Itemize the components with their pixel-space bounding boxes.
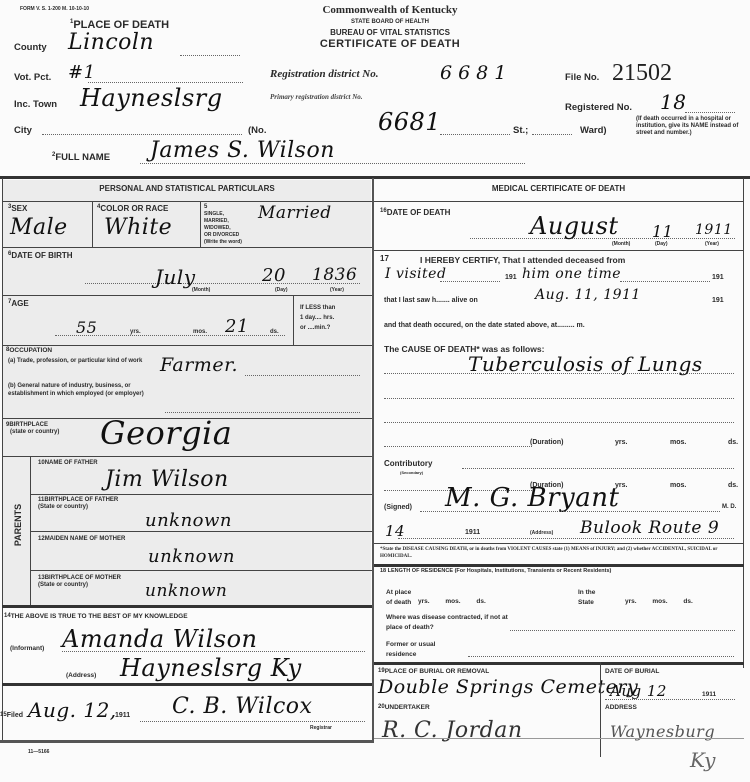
informant-dots — [62, 651, 365, 652]
sign-date-dots — [398, 538, 734, 539]
undertaker-label: 20UNDERTAKER — [378, 704, 430, 711]
file-no-value: 21502 — [612, 60, 672, 87]
st-dots — [532, 134, 572, 135]
parents-divider-1 — [30, 494, 372, 495]
dod-row-divider — [374, 250, 744, 251]
informant-statement: 14THE ABOVE IS TRUE TO THE BEST OF MY KN… — [4, 613, 188, 620]
age-divider — [293, 295, 294, 345]
primary-district-label: Primary registration district No. — [270, 93, 363, 101]
registration-district-label: Registration district No. — [270, 68, 379, 80]
right-border — [743, 178, 744, 668]
street-no-label: (No. — [248, 125, 266, 136]
undertaker-address-state: Ky — [690, 748, 716, 772]
dob-year-caption: (Year) — [330, 287, 344, 293]
sex-label: 3SEX — [8, 204, 27, 213]
dob-month-caption: (Month) — [192, 287, 210, 293]
burial-col-divider — [600, 662, 601, 757]
parents-label: PARENTS — [13, 495, 23, 555]
duration-mos-1: mos. — [670, 439, 686, 446]
sign-year: 1911 — [465, 529, 480, 536]
physician-address-label: (Address) — [530, 530, 553, 536]
father-name-value: Jim Wilson — [105, 467, 229, 492]
dob-day-caption: (Day) — [275, 287, 288, 293]
duration-ds-2: ds. — [728, 482, 738, 489]
cause-dots-3 — [384, 422, 734, 423]
full-name-label: 2FULL NAME — [52, 152, 110, 163]
informant-label: (Informant) — [10, 645, 44, 652]
dod-year: 1911 — [695, 222, 733, 238]
mother-name-label: 12MAIDEN NAME OF MOTHER — [38, 536, 133, 543]
duration-dots-1 — [384, 446, 532, 447]
duration-mos-2: mos. — [670, 482, 686, 489]
dob-label: 6DATE OF BIRTH — [8, 251, 73, 260]
former-residence-label: Former or usual residence — [386, 640, 456, 660]
inc-town-value: Hayneslsrg — [80, 84, 223, 112]
contributory-dots — [462, 468, 734, 469]
burial-date-label: DATE OF BURIAL — [605, 668, 659, 675]
death-certificate: FORM V. S. 1-200 M. 10-10-10 1PLACE OF D… — [0, 0, 750, 782]
sex-value: Male — [10, 215, 68, 240]
father-birthplace-label: 11BIRTHPLACE OF FATHER (State or country… — [38, 497, 133, 511]
marital-value: Married — [258, 203, 332, 223]
filed-divider — [2, 683, 372, 686]
vot-pct-value: #1 — [68, 62, 96, 83]
street-dots — [440, 134, 510, 135]
age-label: 7AGE — [8, 299, 29, 308]
registered-dots — [685, 112, 735, 113]
less-than-day: If LESS than 1 day.... hrs. or ....min.? — [300, 303, 335, 333]
father-name-label: 10NAME OF FATHER — [38, 460, 98, 467]
filed-year: 1911 — [115, 712, 130, 719]
attended-to-value: him one time — [522, 266, 621, 282]
dod-year-caption: (Year) — [705, 241, 719, 247]
burial-date-year: 1911 — [702, 691, 716, 698]
marital-label: 5 SINGLE, MARRIED, WIDOWED, OR DIVORCED … — [204, 204, 242, 246]
last-saw-value: Aug. 11, 1911 — [535, 287, 641, 303]
father-birthplace-value: unknown — [145, 510, 232, 531]
left-border — [2, 178, 3, 743]
color-label: 4COLOR OR RACE — [97, 204, 168, 213]
file-no-label: File No. — [565, 72, 599, 83]
physician-signature: M. G. Bryant — [445, 483, 619, 513]
column-divider — [372, 178, 374, 743]
in-state-units: yrs. mos. ds. — [625, 598, 693, 605]
dod-day: 11 — [652, 222, 673, 241]
county-dots — [180, 55, 240, 56]
dob-year: 1836 — [312, 265, 357, 285]
attended-from-dots — [440, 281, 500, 282]
street-no-value: 6681 — [378, 108, 441, 136]
bottom-divider — [0, 740, 372, 743]
color-divider — [200, 201, 201, 247]
signed-dots — [420, 511, 720, 512]
cause-dots-1 — [384, 373, 734, 374]
filed-date-value: Aug. 12, — [28, 698, 117, 722]
certificate-header: Commonwealth of Kentucky STATE BOARD OF … — [260, 4, 520, 50]
contracted-label: Where was disease contracted, if not at … — [386, 613, 516, 633]
burial-date-value: Aug 12 — [610, 682, 667, 700]
dod-month-caption: (Month) — [612, 241, 630, 247]
county-label: County — [14, 42, 47, 53]
vot-pct-dots — [88, 82, 243, 83]
county-value: Lincoln — [68, 30, 154, 55]
in-state-label: In the State — [578, 588, 608, 608]
row-divider-1 — [2, 247, 372, 248]
undertaker-line — [374, 738, 744, 739]
mother-name-value: unknown — [148, 546, 235, 567]
residence-heading: 18 LENGTH OF RESIDENCE (For Hospitals, I… — [380, 568, 740, 575]
cause-dots-2 — [384, 398, 734, 399]
residence-divider — [374, 564, 744, 567]
certificate-title: CERTIFICATE OF DEATH — [260, 38, 520, 50]
age-yrs-caption: yrs. — [130, 329, 141, 335]
full-name-value: James S. Wilson — [150, 138, 335, 163]
color-value: White — [104, 215, 172, 240]
dod-month: August — [530, 212, 619, 240]
occupation-b-dots — [165, 412, 360, 413]
personal-divider — [2, 201, 372, 202]
age-years: 55 — [76, 318, 97, 337]
dod-day-caption: (Day) — [655, 241, 668, 247]
form-code: FORM V. S. 1-200 M. 10-10-10 — [20, 6, 89, 12]
at-place-label: At place of death — [386, 588, 416, 608]
registration-district-value: 6681 — [440, 62, 512, 84]
registrar-signature: C. B. Wilcox — [172, 694, 312, 719]
registrar-dots — [140, 721, 365, 722]
bureau-title: BUREAU OF VITAL STATISTICS — [260, 28, 520, 37]
footer-code: 11—5166 — [28, 749, 49, 755]
registered-no-label: Registered No. — [565, 102, 632, 113]
burial-divider — [374, 662, 744, 665]
burial-place-label: 19PLACE OF BURIAL OR REMOVAL — [378, 668, 489, 675]
certify-text: I HEREBY CERTIFY, That I attended deceas… — [420, 255, 625, 265]
sex-divider — [92, 201, 93, 247]
note-divider — [374, 543, 744, 544]
st-label: St.; — [513, 125, 528, 136]
duration-ds-1: ds. — [728, 439, 738, 446]
contributory-label: Contributory — [384, 459, 432, 468]
medical-divider — [374, 201, 744, 202]
parents-divider-3 — [30, 570, 372, 571]
full-name-dots — [140, 163, 525, 164]
city-dots — [42, 134, 242, 135]
attended-to-year: 191 — [712, 274, 724, 281]
last-saw-year: 191 — [712, 297, 724, 304]
occupation-value: Farmer. — [160, 354, 238, 376]
row-divider-2 — [2, 295, 372, 296]
informant-divider — [2, 605, 372, 608]
occupation-a-label: (a) Trade, profession, or particular kin… — [8, 357, 158, 365]
age-days: 21 — [225, 316, 249, 337]
dod-label: 16DATE OF DEATH — [380, 208, 450, 217]
birthplace-value: Georgia — [100, 414, 232, 452]
row-divider-5 — [2, 456, 372, 457]
at-place-units: yrs. mos. ds. — [418, 598, 486, 605]
dob-day: 20 — [262, 265, 286, 286]
undertaker-address-label: ADDRESS — [605, 704, 637, 711]
informant-address-label: (Address) — [66, 672, 96, 679]
age-mos-caption: mos. — [193, 329, 207, 335]
md-label: M. D. — [722, 504, 736, 510]
certify-num: 17 — [380, 254, 389, 263]
duration-yrs-1: yrs. — [615, 439, 627, 446]
undertaker-value: R. C. Jordan — [382, 718, 523, 743]
vot-pct-label: Vot. Pct. — [14, 72, 51, 83]
contracted-dots — [510, 630, 735, 631]
dob-month: July — [155, 265, 196, 289]
death-occured-text: and that death occured, on the date stat… — [384, 322, 585, 329]
inc-town-label: Inc. Town — [14, 99, 57, 110]
occupation-a-dots — [245, 375, 360, 376]
cause-note: *State the DISEASE CAUSING DEATH, or in … — [380, 546, 740, 560]
medical-heading: MEDICAL CERTIFICATE OF DEATH — [374, 184, 743, 193]
last-saw-text: that I last saw h....... alive on — [384, 297, 478, 304]
attended-from-value: I visited — [385, 266, 446, 282]
personal-heading: PERSONAL AND STATISTICAL PARTICULARS — [2, 184, 372, 193]
registrar-label: Registrar — [310, 725, 332, 731]
birthplace-label: 9BIRTHPLACE (state or country) — [6, 422, 59, 436]
board-title: STATE BOARD OF HEALTH — [260, 19, 520, 25]
city-label: City — [14, 125, 32, 136]
hospital-note: (If death occurred in a hospital or inst… — [636, 116, 740, 137]
duration-label-1: (Duration) — [530, 439, 563, 446]
mother-birthplace-value: unknown — [145, 581, 227, 601]
mother-birthplace-label: 13BIRTHPLACE OF MOTHER (State or country… — [38, 575, 133, 589]
attended-from-year: 191 — [505, 274, 517, 281]
filed-label: 15Filed — [0, 712, 23, 719]
row-divider-3 — [2, 345, 372, 346]
contributory-sub: (Secondary) — [400, 470, 423, 475]
signed-label: (Signed) — [384, 504, 412, 511]
commonwealth-title: Commonwealth of Kentucky — [260, 4, 520, 16]
occupation-b-label: (b) General nature of industry, business… — [8, 382, 166, 398]
informant-address-value: Hayneslsrg Ky — [120, 654, 302, 682]
age-ds-caption: ds. — [270, 329, 279, 335]
header-divider — [0, 176, 750, 179]
parents-divider-2 — [30, 531, 372, 532]
burial-date-dots — [605, 699, 735, 700]
ward-label: Ward) — [580, 125, 607, 136]
physician-address-value: Bulook Route 9 — [580, 518, 719, 538]
registered-no-value: 18 — [660, 90, 686, 114]
informant-value: Amanda Wilson — [62, 625, 257, 653]
former-residence-dots — [468, 656, 734, 657]
occupation-label: 8OCCUPATION — [6, 347, 52, 354]
attended-to-dots — [620, 281, 710, 282]
